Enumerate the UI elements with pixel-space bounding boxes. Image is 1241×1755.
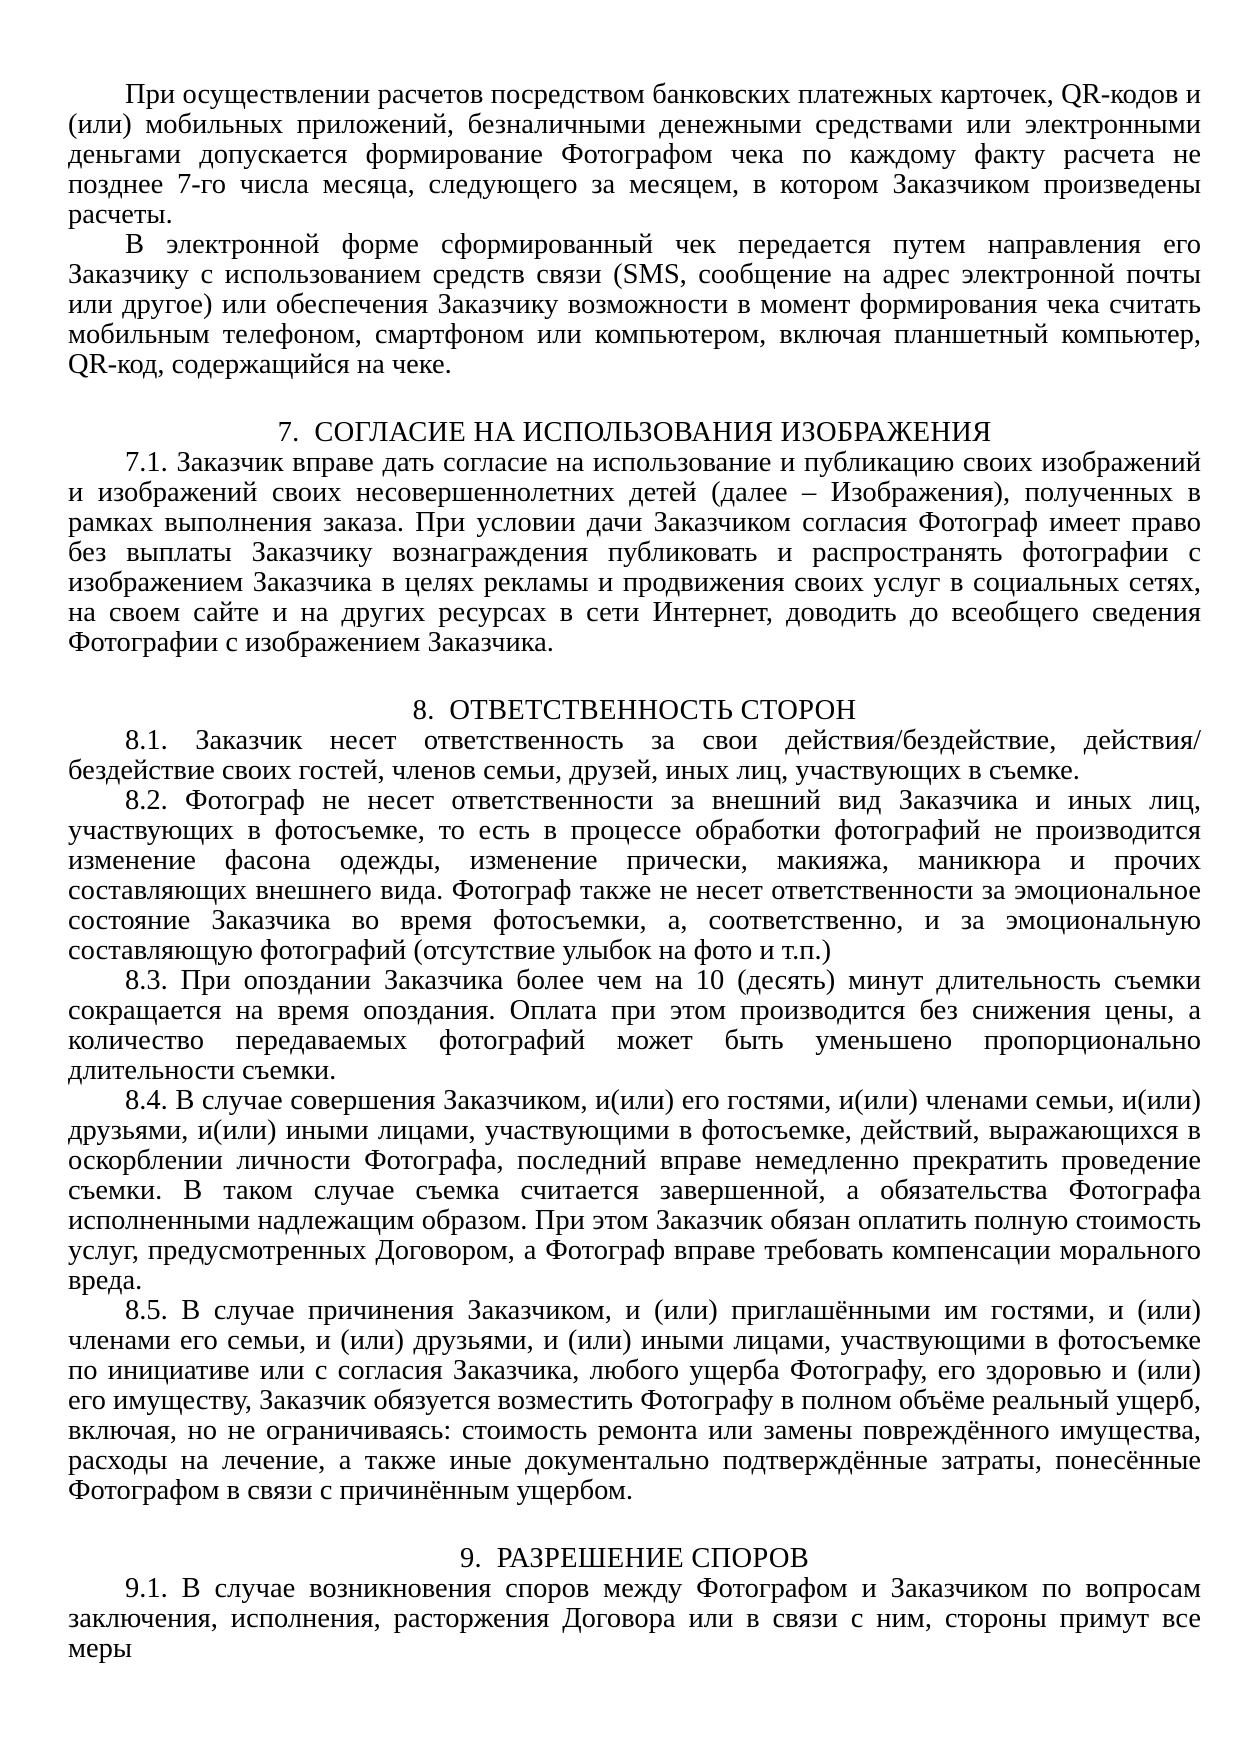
document-page: При осуществлении расчетов посредством б… [0, 0, 1241, 1755]
clause-8-4: 8.4. В случае совершения Заказчиком, и(и… [68, 1086, 1201, 1296]
clause-7-1: 7.1. Заказчик вправе дать согласие на ис… [68, 448, 1201, 658]
clause-8-2: 8.2. Фотограф не несет ответственности з… [68, 786, 1201, 966]
clause-8-3: 8.3. При опоздании Заказчика более чем н… [68, 966, 1201, 1086]
section-heading-8-liability: 8. ОТВЕТСТВЕННОСТЬ СТОРОН [68, 696, 1201, 726]
section-heading-9-dispute-resolution: 9. РАЗРЕШЕНИЕ СПОРОВ [68, 1544, 1201, 1574]
paragraph-electronic-receipt: В электронной форме сформированный чек п… [68, 230, 1201, 380]
section-heading-7-image-use-consent: 7. СОГЛАСИЕ НА ИСПОЛЬЗОВАНИЯ ИЗОБРАЖЕНИЯ [68, 418, 1201, 448]
paragraph-payment-receipt: При осуществлении расчетов посредством б… [68, 80, 1201, 230]
clause-8-1: 8.1. Заказчик несет ответственность за с… [68, 726, 1201, 786]
clause-8-5: 8.5. В случае причинения Заказчиком, и (… [68, 1296, 1201, 1506]
clause-9-1: 9.1. В случае возникновения споров между… [68, 1574, 1201, 1664]
